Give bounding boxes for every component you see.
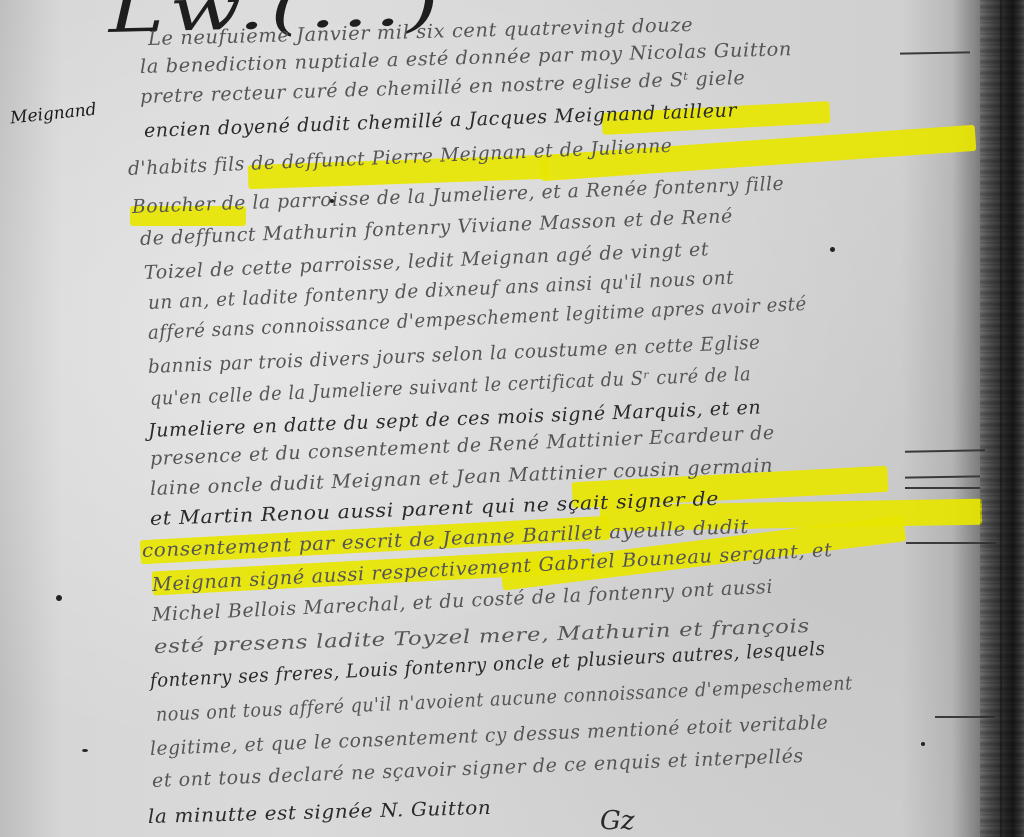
line-filler-dash [900,51,970,54]
page-binding-line [1000,0,1002,837]
ink-speck [82,749,88,752]
line-filler-dash [905,475,980,478]
ink-speck [830,247,835,252]
margin-name-annotation: Meignand [9,100,97,129]
ink-speck [330,199,334,203]
ink-speck [921,742,925,746]
line-filler-dash [905,449,985,452]
manuscript-line: la minutte est signée N. Guitton [148,797,492,828]
ink-speck [56,595,62,601]
scanned-register-page: Lw.(...) Meignand Le neufuieme Janvier m… [0,0,1024,837]
page-binding-edge [980,0,1024,837]
signature-mark: Gz [600,806,634,836]
line-filler-dash [905,487,980,489]
